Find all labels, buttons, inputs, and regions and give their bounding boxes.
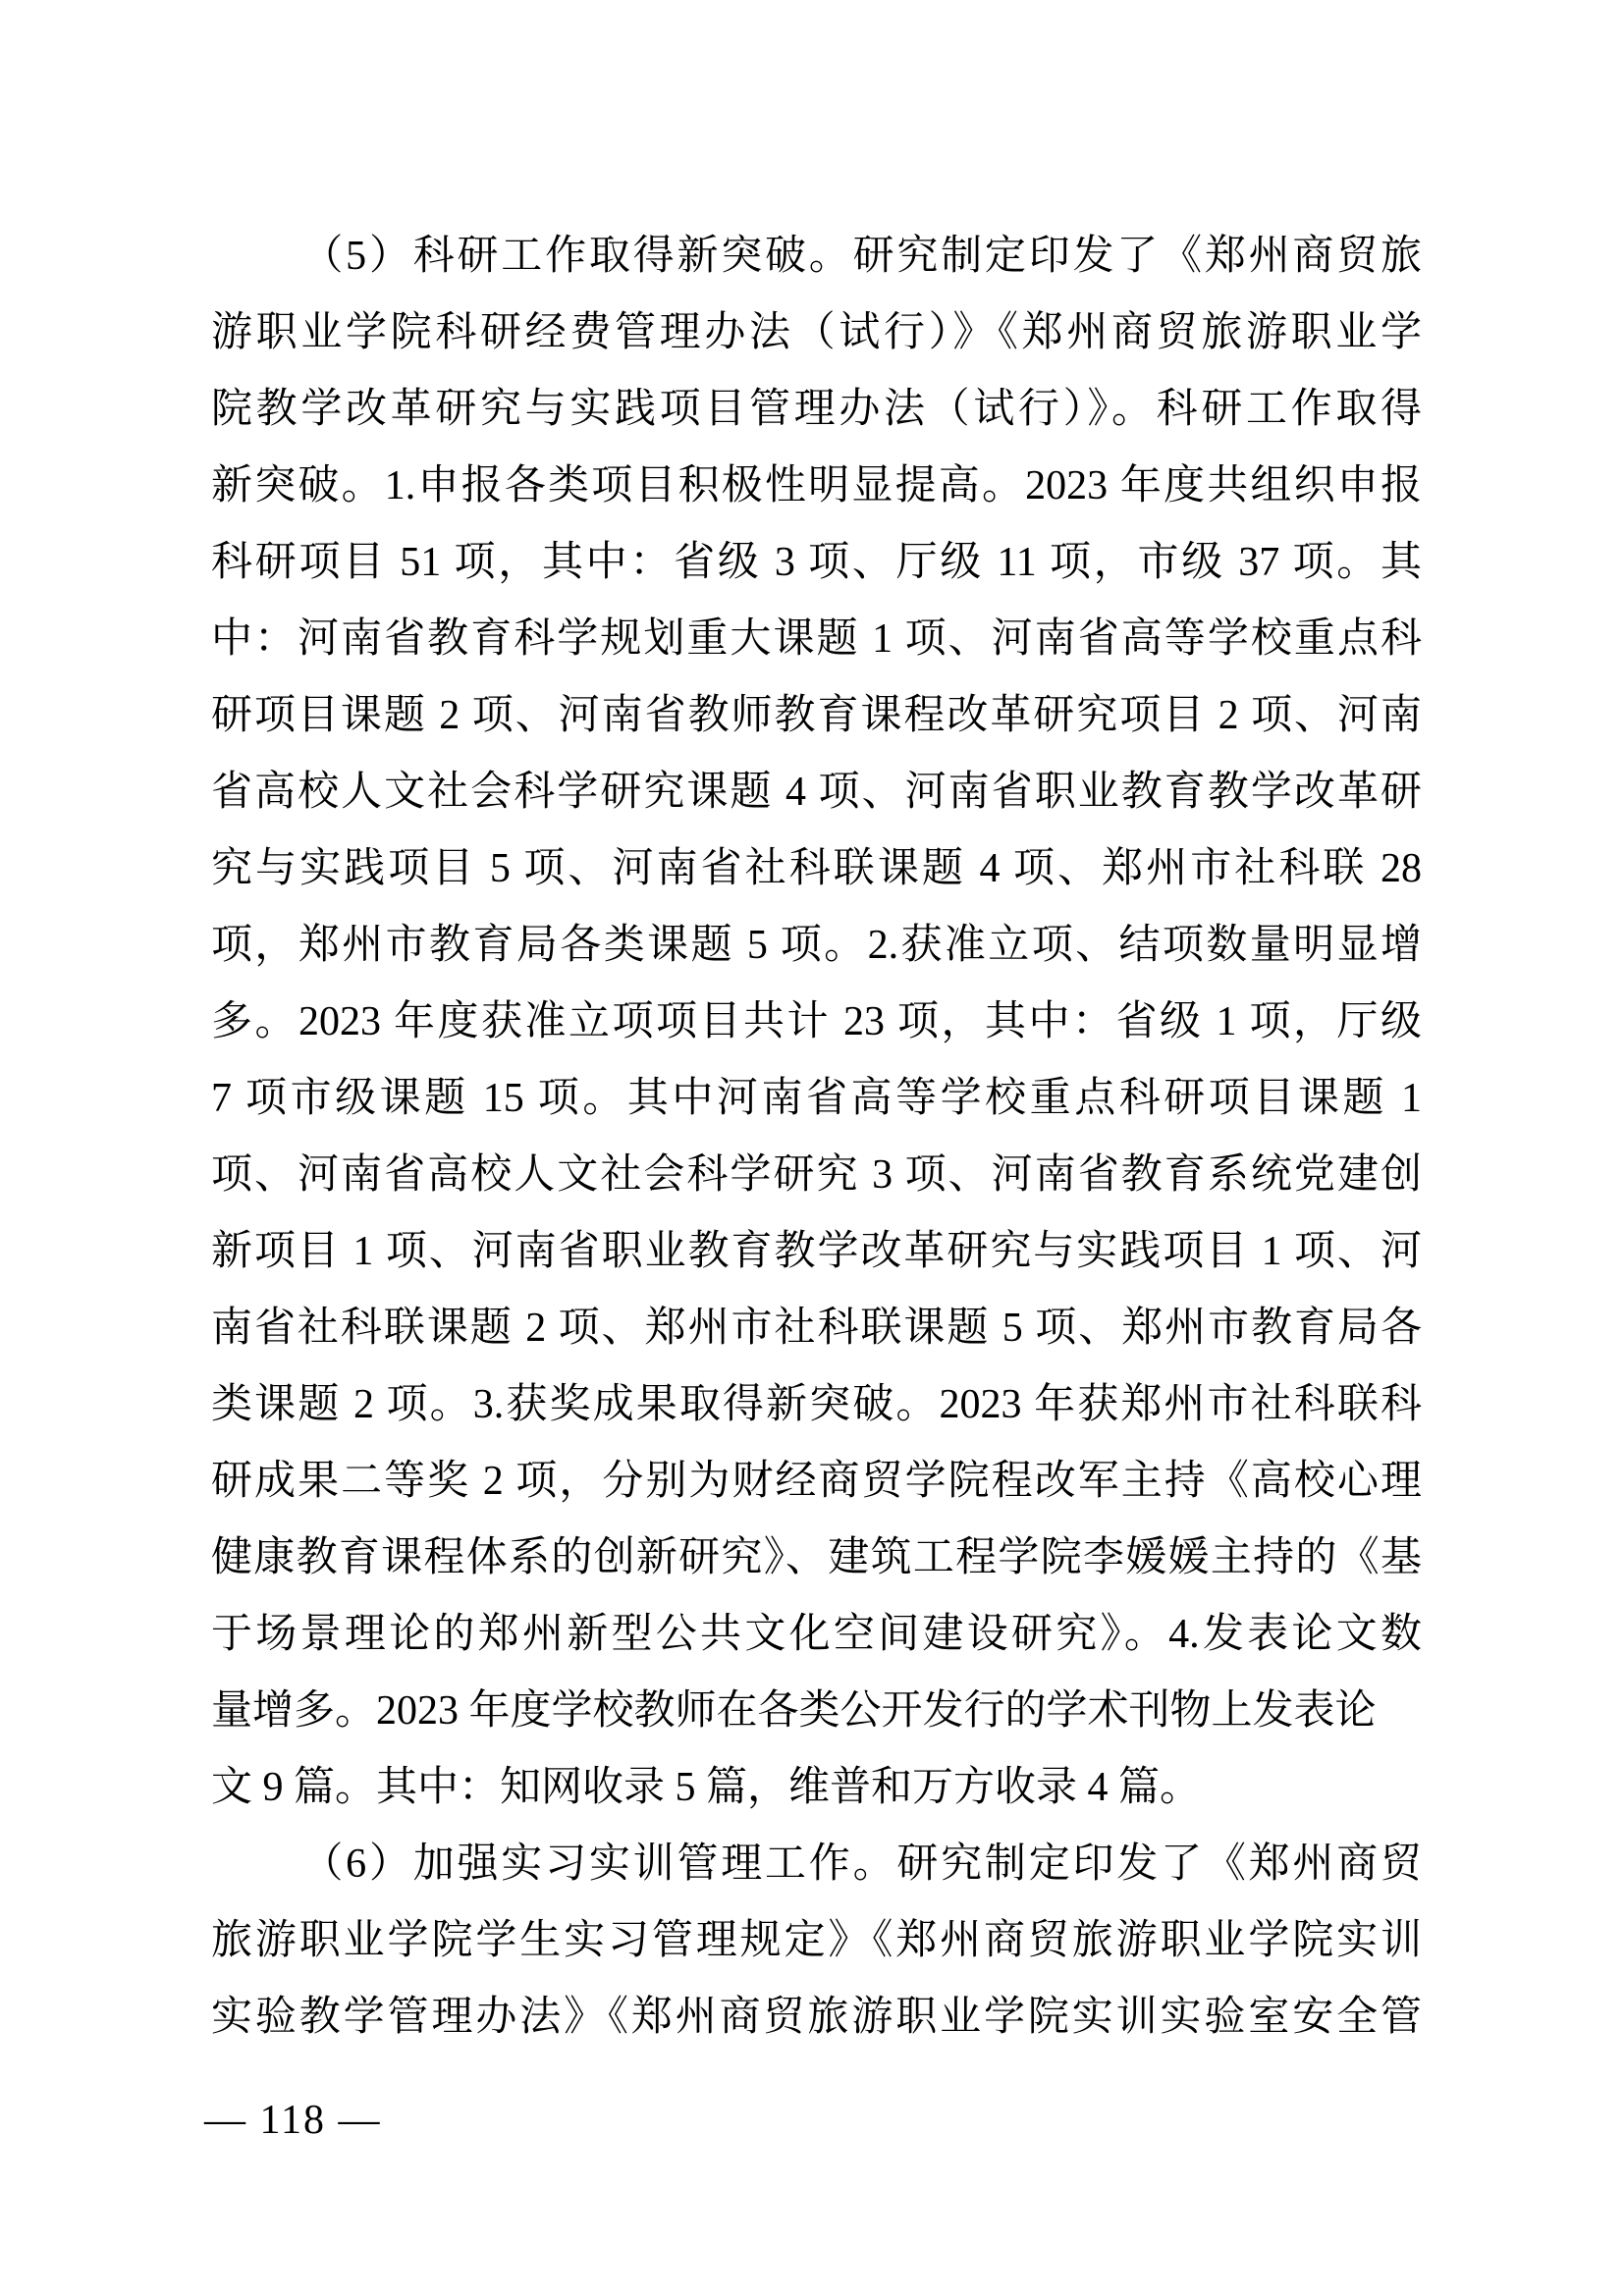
body-line-19: 于场景理论的郑州新型公共文化空间建设研究》。4.发表论文数 xyxy=(211,1596,1422,1673)
body-line-18: 健康教育课程体系的创新研究》、建筑工程学院李媛媛主持的《基 xyxy=(211,1520,1422,1596)
body-line-14: 新项目 1 项、河南省职业教育教学改革研究与实践项目 1 项、河 xyxy=(211,1213,1422,1290)
body-line-4: 新突破。1.申报各类项目积极性明显提高。2023 年度共组织申报 xyxy=(211,448,1422,524)
body-text-block: （5）科研工作取得新突破。研究制定印发了《郑州商贸旅 游职业学院科研经费管理办法… xyxy=(211,218,1422,2056)
body-line-1: （5）科研工作取得新突破。研究制定印发了《郑州商贸旅 xyxy=(211,218,1422,294)
body-line-22: （6）加强实习实训管理工作。研究制定印发了《郑州商贸 xyxy=(211,1826,1422,1902)
body-line-23: 旅游职业学院学生实习管理规定》《郑州商贸旅游职业学院实训 xyxy=(211,1902,1422,1979)
body-line-12: 7 项市级课题 15 项。其中河南省高等学校重点科研项目课题 1 xyxy=(211,1060,1422,1137)
body-line-9: 究与实践项目 5 项、河南省社科联课题 4 项、郑州市社科联 28 xyxy=(211,830,1422,907)
body-line-17: 研成果二等奖 2 项，分别为财经商贸学院程改军主持《高校心理 xyxy=(211,1443,1422,1520)
body-line-16: 类课题 2 项。3.获奖成果取得新突破。2023 年获郑州市社科联科 xyxy=(211,1366,1422,1443)
body-line-8: 省高校人文社会科学研究课题 4 项、河南省职业教育教学改革研 xyxy=(211,754,1422,830)
body-line-2: 游职业学院科研经费管理办法（试行）》《郑州商贸旅游职业学 xyxy=(211,294,1422,371)
body-line-13: 项、河南省高校人文社会科学研究 3 项、河南省教育系统党建创 xyxy=(211,1137,1422,1213)
body-line-10: 项，郑州市教育局各类课题 5 项。2.获准立项、结项数量明显增 xyxy=(211,907,1422,984)
body-line-21: 文 9 篇。其中：知网收录 5 篇，维普和万方收录 4 篇。 xyxy=(211,1749,1422,1826)
body-line-7: 研项目课题 2 项、河南省教师教育课程改革研究项目 2 项、河南 xyxy=(211,677,1422,754)
body-line-6: 中：河南省教育科学规划重大课题 1 项、河南省高等学校重点科 xyxy=(211,601,1422,677)
body-line-3: 院教学改革研究与实践项目管理办法（试行）》。科研工作取得 xyxy=(211,371,1422,448)
body-line-5: 科研项目 51 项，其中：省级 3 项、厅级 11 项，市级 37 项。其 xyxy=(211,524,1422,601)
body-line-11: 多。2023 年度获准立项项目共计 23 项，其中：省级 1 项，厅级 xyxy=(211,984,1422,1060)
page-number: — 118 — xyxy=(204,2097,381,2144)
body-line-15: 南省社科联课题 2 项、郑州市社科联课题 5 项、郑州市教育局各 xyxy=(211,1290,1422,1366)
body-line-20: 量增多。2023 年度学校教师在各类公开发行的学术刊物上发表论 xyxy=(211,1673,1422,1749)
document-page: （5）科研工作取得新突破。研究制定印发了《郑州商贸旅 游职业学院科研经费管理办法… xyxy=(0,0,1624,2296)
body-line-24: 实验教学管理办法》《郑州商贸旅游职业学院实训实验室安全管 xyxy=(211,1979,1422,2056)
